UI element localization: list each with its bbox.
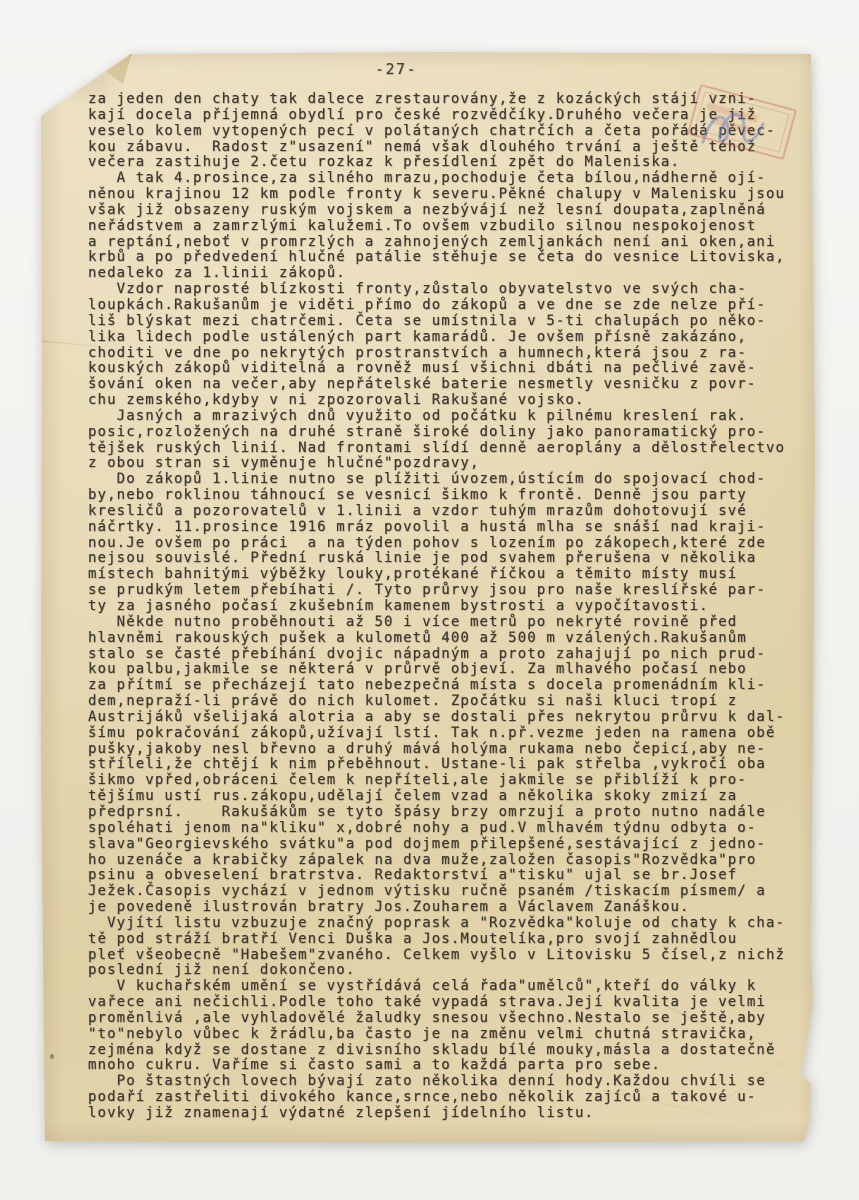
scanned-document: -27- za jeden den chaty tak dalece zrest… — [0, 0, 859, 1200]
typewritten-text: za jeden den chaty tak dalece zrestaurov… — [88, 92, 785, 1122]
paper-sheet-wrapper: -27- za jeden den chaty tak dalece zrest… — [0, 0, 775, 1091]
folded-corner — [99, 54, 133, 84]
document-page: -27- za jeden den chaty tak dalece zrest… — [41, 52, 816, 1143]
paper-speck — [50, 1054, 54, 1059]
page-number: -27- — [375, 60, 417, 78]
